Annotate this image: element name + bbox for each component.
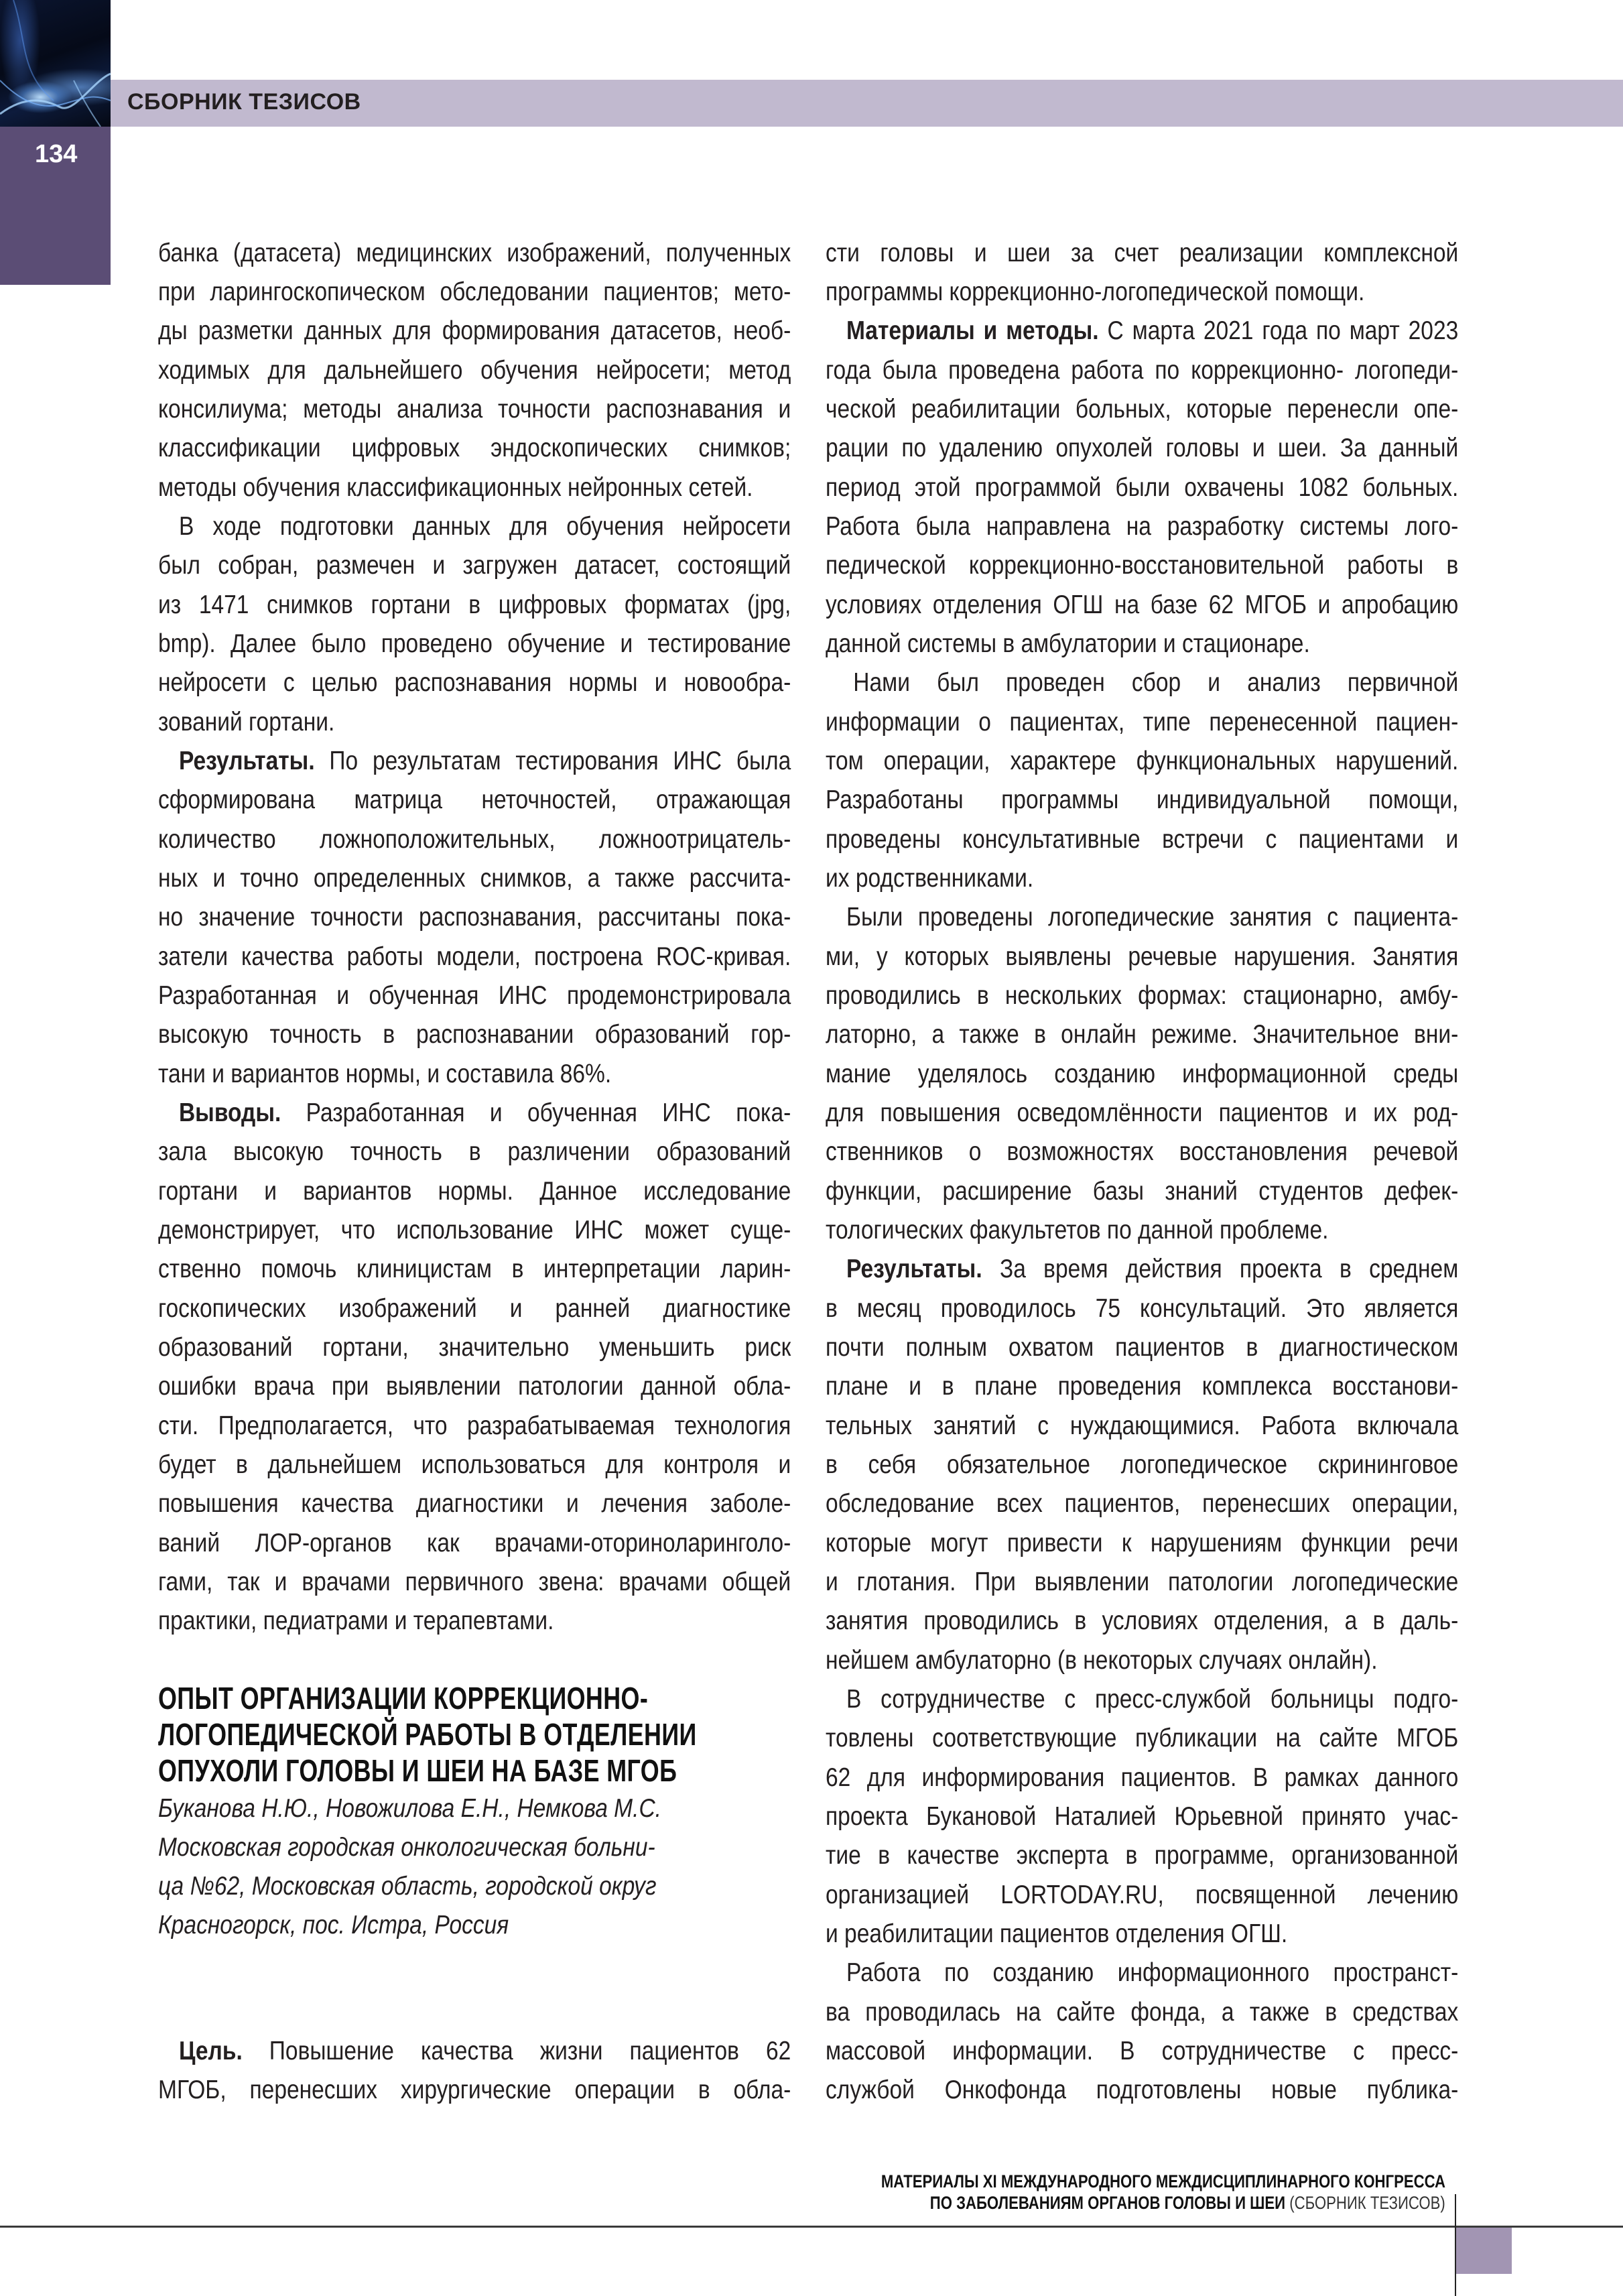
text-line: будет в дальнейшем использоваться для ко…	[158, 1446, 791, 1484]
article-title-line: ОПУХОЛИ ГОЛОВЫ И ШЕИ НА БАЗЕ МГОБ	[158, 1752, 677, 1789]
authors-line: Буканова Н.Ю., Новожилова Е.Н., Немкова …	[158, 1789, 791, 1828]
text-line: обследование всех пациентов, перенесших …	[826, 1484, 1458, 1523]
text-line: госкопических изображений и ранней диагн…	[158, 1289, 791, 1328]
text-line: сти. Предполагается, что разрабатываемая…	[158, 1407, 791, 1446]
text-line: консилиума; методы анализа точности расп…	[158, 390, 791, 429]
conclusions-label: Выводы.	[179, 1098, 281, 1127]
section-title-bar: СБОРНИК ТЕЗИСОВ	[111, 80, 1623, 127]
text-line: педической коррекционно-восстановительно…	[826, 546, 1458, 585]
text-line: из 1471 снимков гортани в цифровых форма…	[158, 586, 791, 625]
text-line: года была проведена работа по коррекцион…	[826, 351, 1458, 390]
text-line: тельных занятий с нуждающимися. Работа в…	[826, 1407, 1458, 1446]
text-line: и реабилитации пациентов отделения ОГШ.	[826, 1915, 1458, 1954]
methods-label: Материалы и методы.	[846, 316, 1099, 345]
text-line: bmp). Далее было проведено обучение и те…	[158, 625, 791, 663]
text-line: информации о пациентах, типе перенесенно…	[826, 703, 1458, 742]
footer-color-block	[1456, 2228, 1512, 2274]
text-line: гортани и вариантов нормы. Данное исслед…	[158, 1172, 791, 1211]
text-line: был собран, размечен и загружен датасет,…	[158, 546, 791, 585]
text-line: В ходе подготовки данных для обучения не…	[158, 507, 791, 546]
text-line: классификации цифровых эндоскопических с…	[158, 429, 791, 468]
text-line: зований гортани.	[158, 703, 791, 742]
text-line: нейшем амбулаторно (в некоторых случаях …	[826, 1641, 1458, 1680]
text-line: ходимых для дальнейшего обучения нейросе…	[158, 351, 791, 390]
results-label: Результаты.	[846, 1255, 982, 1283]
text-line: сти головы и шеи за счет реализации комп…	[826, 234, 1458, 273]
results-paragraph-start: Результаты. За время действия проекта в …	[826, 1250, 1458, 1289]
text-line: занятия проводились в условиях отделения…	[826, 1602, 1458, 1641]
methods-paragraph-start: Материалы и методы. С марта 2021 года по…	[826, 312, 1458, 350]
text-line: которые могут привести к нарушениям функ…	[826, 1524, 1458, 1563]
text-line: период этой программой были охвачены 108…	[826, 468, 1458, 507]
text-line: их родственниками.	[826, 859, 1458, 898]
light-swirl-icon	[0, 0, 111, 127]
text-line: условиях отделения ОГШ на базе 62 МГОБ и…	[826, 586, 1458, 625]
text-line: ных и точно определенных снимков, а такж…	[158, 859, 791, 898]
affiliation-line: Московская городская онкологическая боль…	[158, 1828, 791, 1867]
text-line: гами, так и врачами первичного звена: вр…	[158, 1563, 791, 1602]
text-line: зала высокую точность в различении образ…	[158, 1133, 791, 1171]
text-line: функции, расширение базы знаний студенто…	[826, 1172, 1458, 1211]
goal-paragraph-start: Цель. Повышение качества жизни пациентов…	[158, 2032, 791, 2071]
text-line: латорно, а также в онлайн режиме. Значит…	[826, 1015, 1458, 1054]
text-line: службой Онкофонда подготовлены новые пуб…	[826, 2071, 1458, 2110]
text-line: сформирована матрица неточностей, отража…	[158, 781, 791, 820]
text-line: демонстрирует, что использование ИНС мож…	[158, 1211, 791, 1250]
text-line: товлены соответствующие публикации на са…	[826, 1719, 1458, 1758]
text-line: организацией LORTODAY.RU, посвященной ле…	[826, 1876, 1458, 1915]
text-line: программы коррекционно-логопедической по…	[826, 273, 1458, 312]
text-line: том операции, характере функциональных н…	[826, 742, 1458, 781]
text-line: количество ложноположительных, ложноотри…	[158, 820, 791, 859]
text-line: мание уделялось созданию информационной …	[826, 1055, 1458, 1094]
text-line: В сотрудничестве с пресс-службой больниц…	[826, 1680, 1458, 1719]
text-line: для повышения осведомлённости пациентов …	[826, 1094, 1458, 1133]
text-line: Были проведены логопедические занятия с …	[826, 898, 1458, 937]
text-line: ственно помочь клиницистам в интерпретац…	[158, 1250, 791, 1289]
text-line: массовой информации. В сотрудничестве с …	[826, 2032, 1458, 2071]
text-line: тологических факультетов по данной пробл…	[826, 1211, 1458, 1250]
text-line: высокую точность в распознавании образов…	[158, 1015, 791, 1054]
text-line: ственников о возможностях восстановления…	[826, 1133, 1458, 1171]
text-line: нейросети с целью распознавания нормы и …	[158, 663, 791, 702]
article-title-line: ЛОГОПЕДИЧЕСКОЙ РАБОТЫ В ОТДЕЛЕНИИ	[158, 1716, 697, 1752]
text-line: Разработанная и обученная ИНС продемонст…	[158, 976, 791, 1015]
text-line: тие в качестве эксперта в программе, орг…	[826, 1836, 1458, 1875]
page-number-tab: 134	[0, 127, 111, 285]
text-line: Нами был проведен сбор и анализ первично…	[826, 663, 1458, 702]
text-line: рации по удалению опухолей головы и шеи.…	[826, 429, 1458, 468]
text-line: ми, у которых выявлены речевые нарушения…	[826, 938, 1458, 976]
text-line: повышения качества диагностики и лечения…	[158, 1484, 791, 1523]
text-line: ческой реабилитации больных, которые пер…	[826, 390, 1458, 429]
article-title-line: ОПЫТ ОРГАНИЗАЦИИ КОРРЕКЦИОННО-	[158, 1680, 648, 1716]
text-line: Работа по созданию информационного прост…	[826, 1954, 1458, 1992]
results-paragraph-start: Результаты. По результатам тестирования …	[158, 742, 791, 781]
text-line: и глотания. При выявлении патологии лого…	[826, 1563, 1458, 1602]
text-line: 62 для информирования пациентов. В рамка…	[826, 1759, 1458, 1797]
text-line: в себя обязательное логопедическое скрин…	[826, 1446, 1458, 1484]
text-line: ва проводилась на сайте фонда, а также в…	[826, 1993, 1458, 2032]
text-line: проекта Букановой Наталией Юрьевной прин…	[826, 1797, 1458, 1836]
page-number: 134	[35, 140, 77, 169]
text-line: затели качества работы модели, построена…	[158, 938, 791, 976]
text-line: практики, педиатрами и терапевтами.	[158, 1602, 791, 1641]
text-line: ошибки врача при выявлении патологии дан…	[158, 1367, 791, 1406]
text-line: Разработаны программы индивидуальной пом…	[826, 781, 1458, 820]
text-line: данной системы в амбулатории и стационар…	[826, 625, 1458, 663]
text-line: ды разметки данных для формирования дата…	[158, 312, 791, 350]
header-decorative-image	[0, 0, 111, 127]
text-line: плане и в плане проведения комплекса вос…	[826, 1367, 1458, 1406]
text-line: ваний ЛОР-органов как врачами-оторинолар…	[158, 1524, 791, 1563]
section-title: СБОРНИК ТЕЗИСОВ	[127, 89, 361, 115]
text-line: но значение точности распознавания, расс…	[158, 898, 791, 937]
text-line: методы обучения классификационных нейрон…	[158, 468, 791, 507]
text-line: проведены консультативные встречи с паци…	[826, 820, 1458, 859]
text-line: проводились в нескольких формах: стацион…	[826, 976, 1458, 1015]
text-line: МГОБ, перенесших хирургические операции …	[158, 2071, 791, 2110]
goal-label: Цель.	[179, 2037, 243, 2065]
text-line: при ларингоскопическом обследовании паци…	[158, 273, 791, 312]
footer-divider	[0, 2226, 1623, 2228]
text-line: банка (датасета) медицинских изображений…	[158, 234, 791, 273]
affiliation-line: ца №62, Московская область, городской ок…	[158, 1867, 791, 1906]
results-label: Результаты.	[179, 747, 315, 775]
text-line: в месяц проводилось 75 консультаций. Это…	[826, 1289, 1458, 1328]
text-line: почти полным охватом пациентов в диагнос…	[826, 1328, 1458, 1367]
text-line: образований гортани, значительно уменьши…	[158, 1328, 791, 1367]
footer-collection-label: (СБОРНИК ТЕЗИСОВ)	[1285, 2193, 1445, 2213]
footer-conference-subtitle: ПО ЗАБОЛЕВАНИЯМ ОРГАНОВ ГОЛОВЫ И ШЕИ (СБ…	[930, 2193, 1445, 2214]
text-line: Работа была направлена на разработку сис…	[826, 507, 1458, 546]
conclusions-paragraph-start: Выводы. Разработанная и обученная ИНС по…	[158, 1094, 791, 1133]
affiliation-line: Красногорск, пос. Истра, Россия	[158, 1906, 791, 1945]
footer-conference-title: МАТЕРИАЛЫ XI МЕЖДУНАРОДНОГО МЕЖДИСЦИПЛИН…	[881, 2171, 1445, 2192]
text-line: тани и вариантов нормы, и составила 86%.	[158, 1055, 791, 1094]
